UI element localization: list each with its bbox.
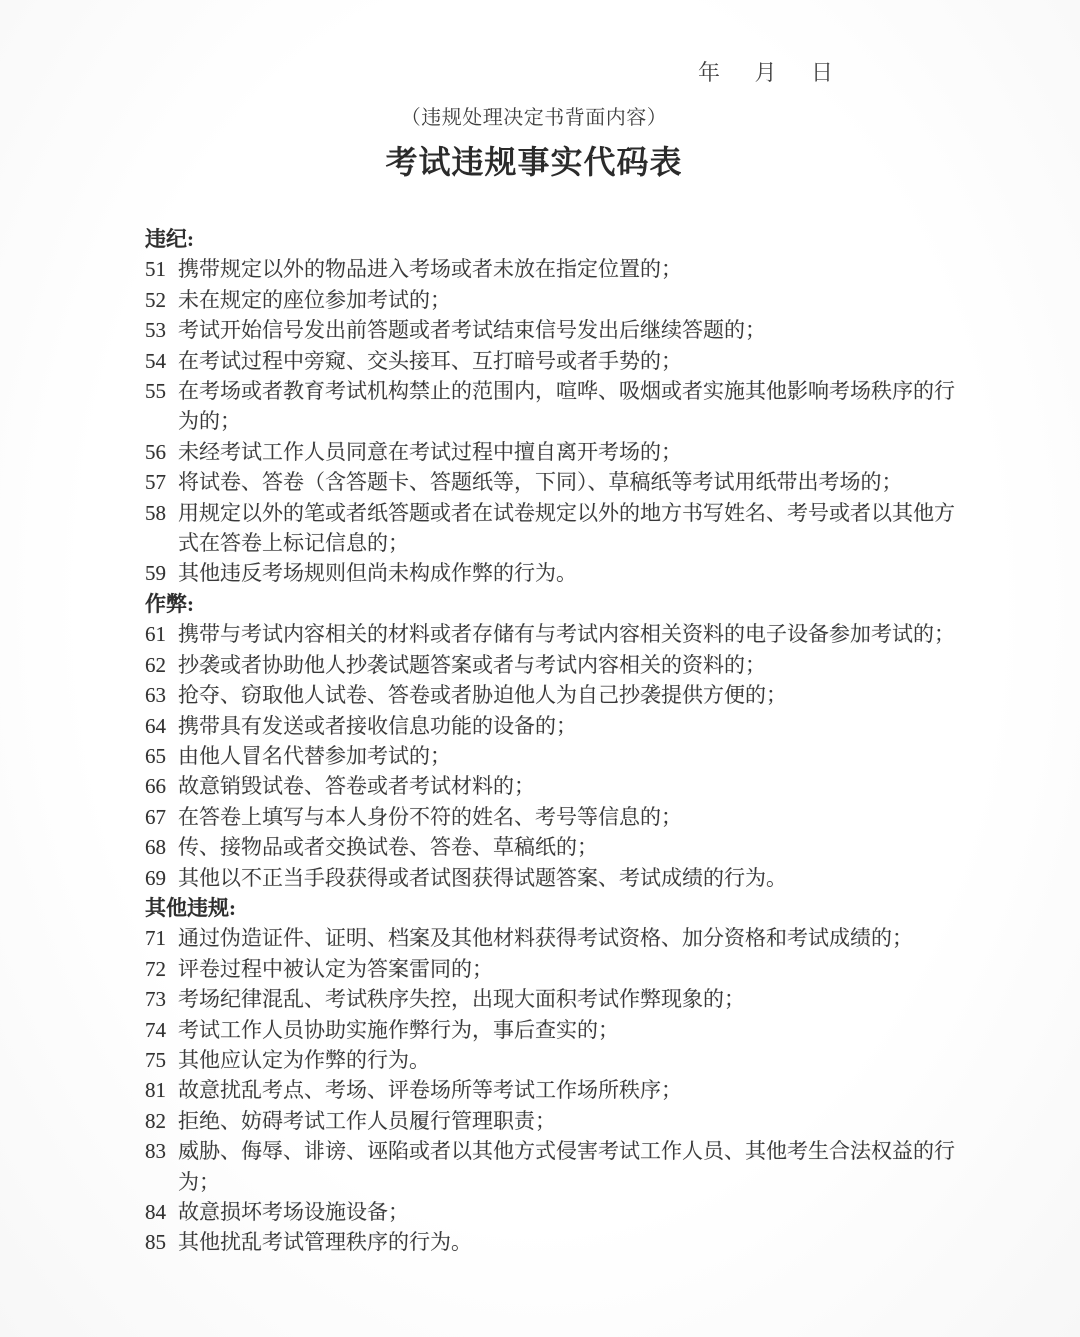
- item-code: 75: [145, 1045, 166, 1075]
- item-code: 81: [145, 1075, 166, 1105]
- item-code: 68: [145, 832, 166, 862]
- violation-item: 61携带与考试内容相关的材料或者存储有与考试内容相关资料的电子设备参加考试的；: [145, 619, 969, 649]
- item-code: 66: [145, 771, 166, 801]
- date-line: 年 月 日: [0, 56, 834, 87]
- section-heading: 其他违规:: [145, 893, 969, 923]
- violation-item: 69其他以不正当手段获得或者试图获得试题答案、考试成绩的行为。: [145, 863, 969, 893]
- violation-item: 51携带规定以外的物品进入考场或者未放在指定位置的；: [145, 254, 969, 284]
- document-title: 考试违规事实代码表: [0, 137, 1068, 183]
- violation-item: 67在答卷上填写与本人身份不符的姓名、考号等信息的；: [145, 802, 969, 832]
- item-text: 故意扰乱考点、考场、评卷场所等考试工作场所秩序；: [178, 1078, 682, 1102]
- day-label: 日: [811, 56, 834, 87]
- item-code: 84: [145, 1197, 166, 1227]
- section-heading: 违纪:: [145, 224, 969, 254]
- item-code: 59: [145, 558, 166, 588]
- item-code: 51: [145, 254, 166, 284]
- item-text: 其他应认定为作弊的行为。: [178, 1048, 430, 1072]
- item-code: 61: [145, 619, 166, 649]
- item-text: 考试开始信号发出前答题或者考试结束信号发出后继续答题的；: [178, 318, 766, 342]
- violation-item: 81故意扰乱考点、考场、评卷场所等考试工作场所秩序；: [145, 1075, 969, 1105]
- violation-item: 82拒绝、妨碍考试工作人员履行管理职责；: [145, 1106, 969, 1136]
- violation-item: 52未在规定的座位参加考试的；: [145, 285, 969, 315]
- month-label: 月: [754, 56, 777, 87]
- violation-item: 85其他扰乱考试管理秩序的行为。: [145, 1227, 969, 1257]
- item-text: 用规定以外的笔或者纸答题或者在试卷规定以外的地方书写姓名、考号或者以其他方式在答…: [178, 501, 955, 555]
- violation-item: 59其他违反考场规则但尚未构成作弊的行为。: [145, 558, 969, 588]
- item-code: 63: [145, 680, 166, 710]
- item-text: 携带与考试内容相关的材料或者存储有与考试内容相关资料的电子设备参加考试的；: [178, 622, 955, 646]
- item-text: 由他人冒名代替参加考试的；: [178, 744, 451, 768]
- item-text: 抢夺、窃取他人试卷、答卷或者胁迫他人为自己抄袭提供方便的；: [178, 683, 787, 707]
- item-code: 82: [145, 1106, 166, 1136]
- violation-code-table: 违纪:51携带规定以外的物品进入考场或者未放在指定位置的；52未在规定的座位参加…: [145, 224, 969, 1258]
- violation-item: 56未经考试工作人员同意在考试过程中擅自离开考场的；: [145, 437, 969, 467]
- item-text: 传、接物品或者交换试卷、答卷、草稿纸的；: [178, 835, 598, 859]
- item-text: 通过伪造证件、证明、档案及其他材料获得考试资格、加分资格和考试成绩的；: [178, 926, 913, 950]
- item-text: 抄袭或者协助他人抄袭试题答案或者与考试内容相关的资料的；: [178, 653, 766, 677]
- violation-item: 83威胁、侮辱、诽谤、诬陷或者以其他方式侵害考试工作人员、其他考生合法权益的行为…: [145, 1136, 969, 1197]
- item-code: 73: [145, 984, 166, 1014]
- item-text: 其他违反考场规则但尚未构成作弊的行为。: [178, 561, 577, 585]
- item-code: 56: [145, 437, 166, 467]
- violation-item: 64携带具有发送或者接收信息功能的设备的；: [145, 711, 969, 741]
- item-text: 其他以不正当手段获得或者试图获得试题答案、考试成绩的行为。: [178, 866, 787, 890]
- item-code: 85: [145, 1227, 166, 1257]
- item-text: 故意损坏考场设施设备；: [178, 1200, 409, 1224]
- item-text: 携带规定以外的物品进入考场或者未放在指定位置的；: [178, 257, 682, 281]
- item-text: 拒绝、妨碍考试工作人员履行管理职责；: [178, 1109, 556, 1133]
- item-code: 62: [145, 650, 166, 680]
- item-text: 在考场或者教育考试机构禁止的范围内，喧哗、吸烟或者实施其他影响考场秩序的行为的；: [178, 379, 955, 433]
- item-code: 71: [145, 923, 166, 953]
- item-text: 考试工作人员协助实施作弊行为，事后查实的；: [178, 1018, 619, 1042]
- item-code: 69: [145, 863, 166, 893]
- item-code: 67: [145, 802, 166, 832]
- violation-item: 53考试开始信号发出前答题或者考试结束信号发出后继续答题的；: [145, 315, 969, 345]
- item-code: 53: [145, 315, 166, 345]
- section-heading: 作弊:: [145, 589, 969, 619]
- item-text: 将试卷、答卷（含答题卡、答题纸等，下同）、草稿纸等考试用纸带出考场的；: [178, 470, 903, 494]
- item-text: 在答卷上填写与本人身份不符的姓名、考号等信息的；: [178, 805, 682, 829]
- document-subtitle: （违规处理决定书背面内容）: [0, 101, 1068, 130]
- violation-item: 72评卷过程中被认定为答案雷同的；: [145, 954, 969, 984]
- item-text: 在考试过程中旁窥、交头接耳、互打暗号或者手势的；: [178, 349, 682, 373]
- violation-item: 62抄袭或者协助他人抄袭试题答案或者与考试内容相关的资料的；: [145, 650, 969, 680]
- item-code: 65: [145, 741, 166, 771]
- item-text: 威胁、侮辱、诽谤、诬陷或者以其他方式侵害考试工作人员、其他考生合法权益的行为；: [178, 1139, 955, 1193]
- item-code: 55: [145, 376, 166, 406]
- item-text: 故意销毁试卷、答卷或者考试材料的；: [178, 774, 535, 798]
- violation-item: 74考试工作人员协助实施作弊行为，事后查实的；: [145, 1015, 969, 1045]
- violation-item: 65由他人冒名代替参加考试的；: [145, 741, 969, 771]
- violation-item: 57将试卷、答卷（含答题卡、答题纸等，下同）、草稿纸等考试用纸带出考场的；: [145, 467, 969, 497]
- item-code: 57: [145, 467, 166, 497]
- item-text: 其他扰乱考试管理秩序的行为。: [178, 1230, 472, 1254]
- violation-item: 68传、接物品或者交换试卷、答卷、草稿纸的；: [145, 832, 969, 862]
- item-text: 评卷过程中被认定为答案雷同的；: [178, 957, 493, 981]
- violation-item: 75其他应认定为作弊的行为。: [145, 1045, 969, 1075]
- violation-item: 66故意销毁试卷、答卷或者考试材料的；: [145, 771, 969, 801]
- item-code: 54: [145, 346, 166, 376]
- violation-item: 84故意损坏考场设施设备；: [145, 1197, 969, 1227]
- item-text: 考场纪律混乱、考试秩序失控，出现大面积考试作弊现象的；: [178, 987, 745, 1011]
- violation-item: 58用规定以外的笔或者纸答题或者在试卷规定以外的地方书写姓名、考号或者以其他方式…: [145, 498, 969, 559]
- item-code: 58: [145, 498, 166, 528]
- item-code: 52: [145, 285, 166, 315]
- item-code: 83: [145, 1136, 166, 1166]
- year-label: 年: [698, 56, 721, 87]
- violation-item: 63抢夺、窃取他人试卷、答卷或者胁迫他人为自己抄袭提供方便的；: [145, 680, 969, 710]
- item-text: 未在规定的座位参加考试的；: [178, 288, 451, 312]
- item-code: 72: [145, 954, 166, 984]
- document-page: 年 月 日 （违规处理决定书背面内容） 考试违规事实代码表 违纪:51携带规定以…: [0, 0, 1080, 1337]
- item-code: 74: [145, 1015, 166, 1045]
- item-text: 未经考试工作人员同意在考试过程中擅自离开考场的；: [178, 440, 682, 464]
- violation-item: 71通过伪造证件、证明、档案及其他材料获得考试资格、加分资格和考试成绩的；: [145, 923, 969, 953]
- violation-item: 54在考试过程中旁窥、交头接耳、互打暗号或者手势的；: [145, 346, 969, 376]
- violation-item: 73考场纪律混乱、考试秩序失控，出现大面积考试作弊现象的；: [145, 984, 969, 1014]
- item-code: 64: [145, 711, 166, 741]
- item-text: 携带具有发送或者接收信息功能的设备的；: [178, 714, 577, 738]
- violation-item: 55在考场或者教育考试机构禁止的范围内，喧哗、吸烟或者实施其他影响考场秩序的行为…: [145, 376, 969, 437]
